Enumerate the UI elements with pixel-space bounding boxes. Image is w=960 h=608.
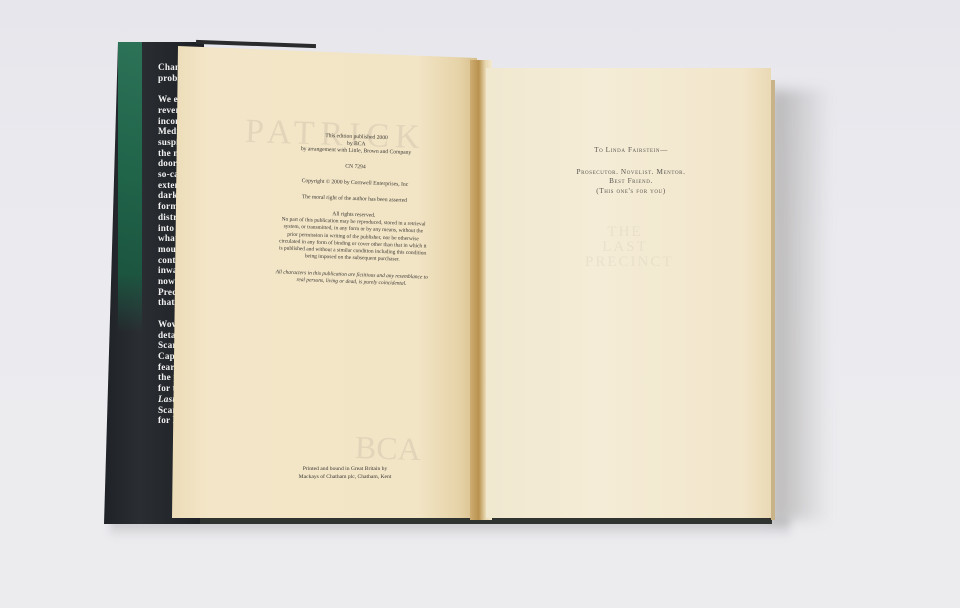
- copyright-imprint: This edition published 2000 by BCA by ar…: [241, 130, 466, 290]
- jacket-green-stripe: [118, 42, 142, 332]
- dedication-line: Best Friend.: [526, 177, 736, 186]
- right-page[interactable]: [486, 68, 771, 518]
- show-through-bca: BCA: [354, 429, 421, 468]
- dedication: To Linda Fairstein— Prosecutor. Novelist…: [526, 146, 736, 196]
- printer-credit: Printed and bound in Great Britain by Ma…: [270, 465, 420, 481]
- show-through-title-right: THE LAST PRECINCT: [585, 225, 665, 270]
- rights-body: No part of this publication may be repro…: [242, 215, 463, 266]
- dedication-line: (This one's for you): [526, 187, 736, 196]
- dedication-line: Prosecutor. Novelist. Mentor.: [526, 168, 736, 177]
- dedication-to: To Linda Fairstein—: [526, 146, 736, 155]
- page-block-edge: [771, 80, 775, 520]
- book-shadow-right: [770, 90, 830, 520]
